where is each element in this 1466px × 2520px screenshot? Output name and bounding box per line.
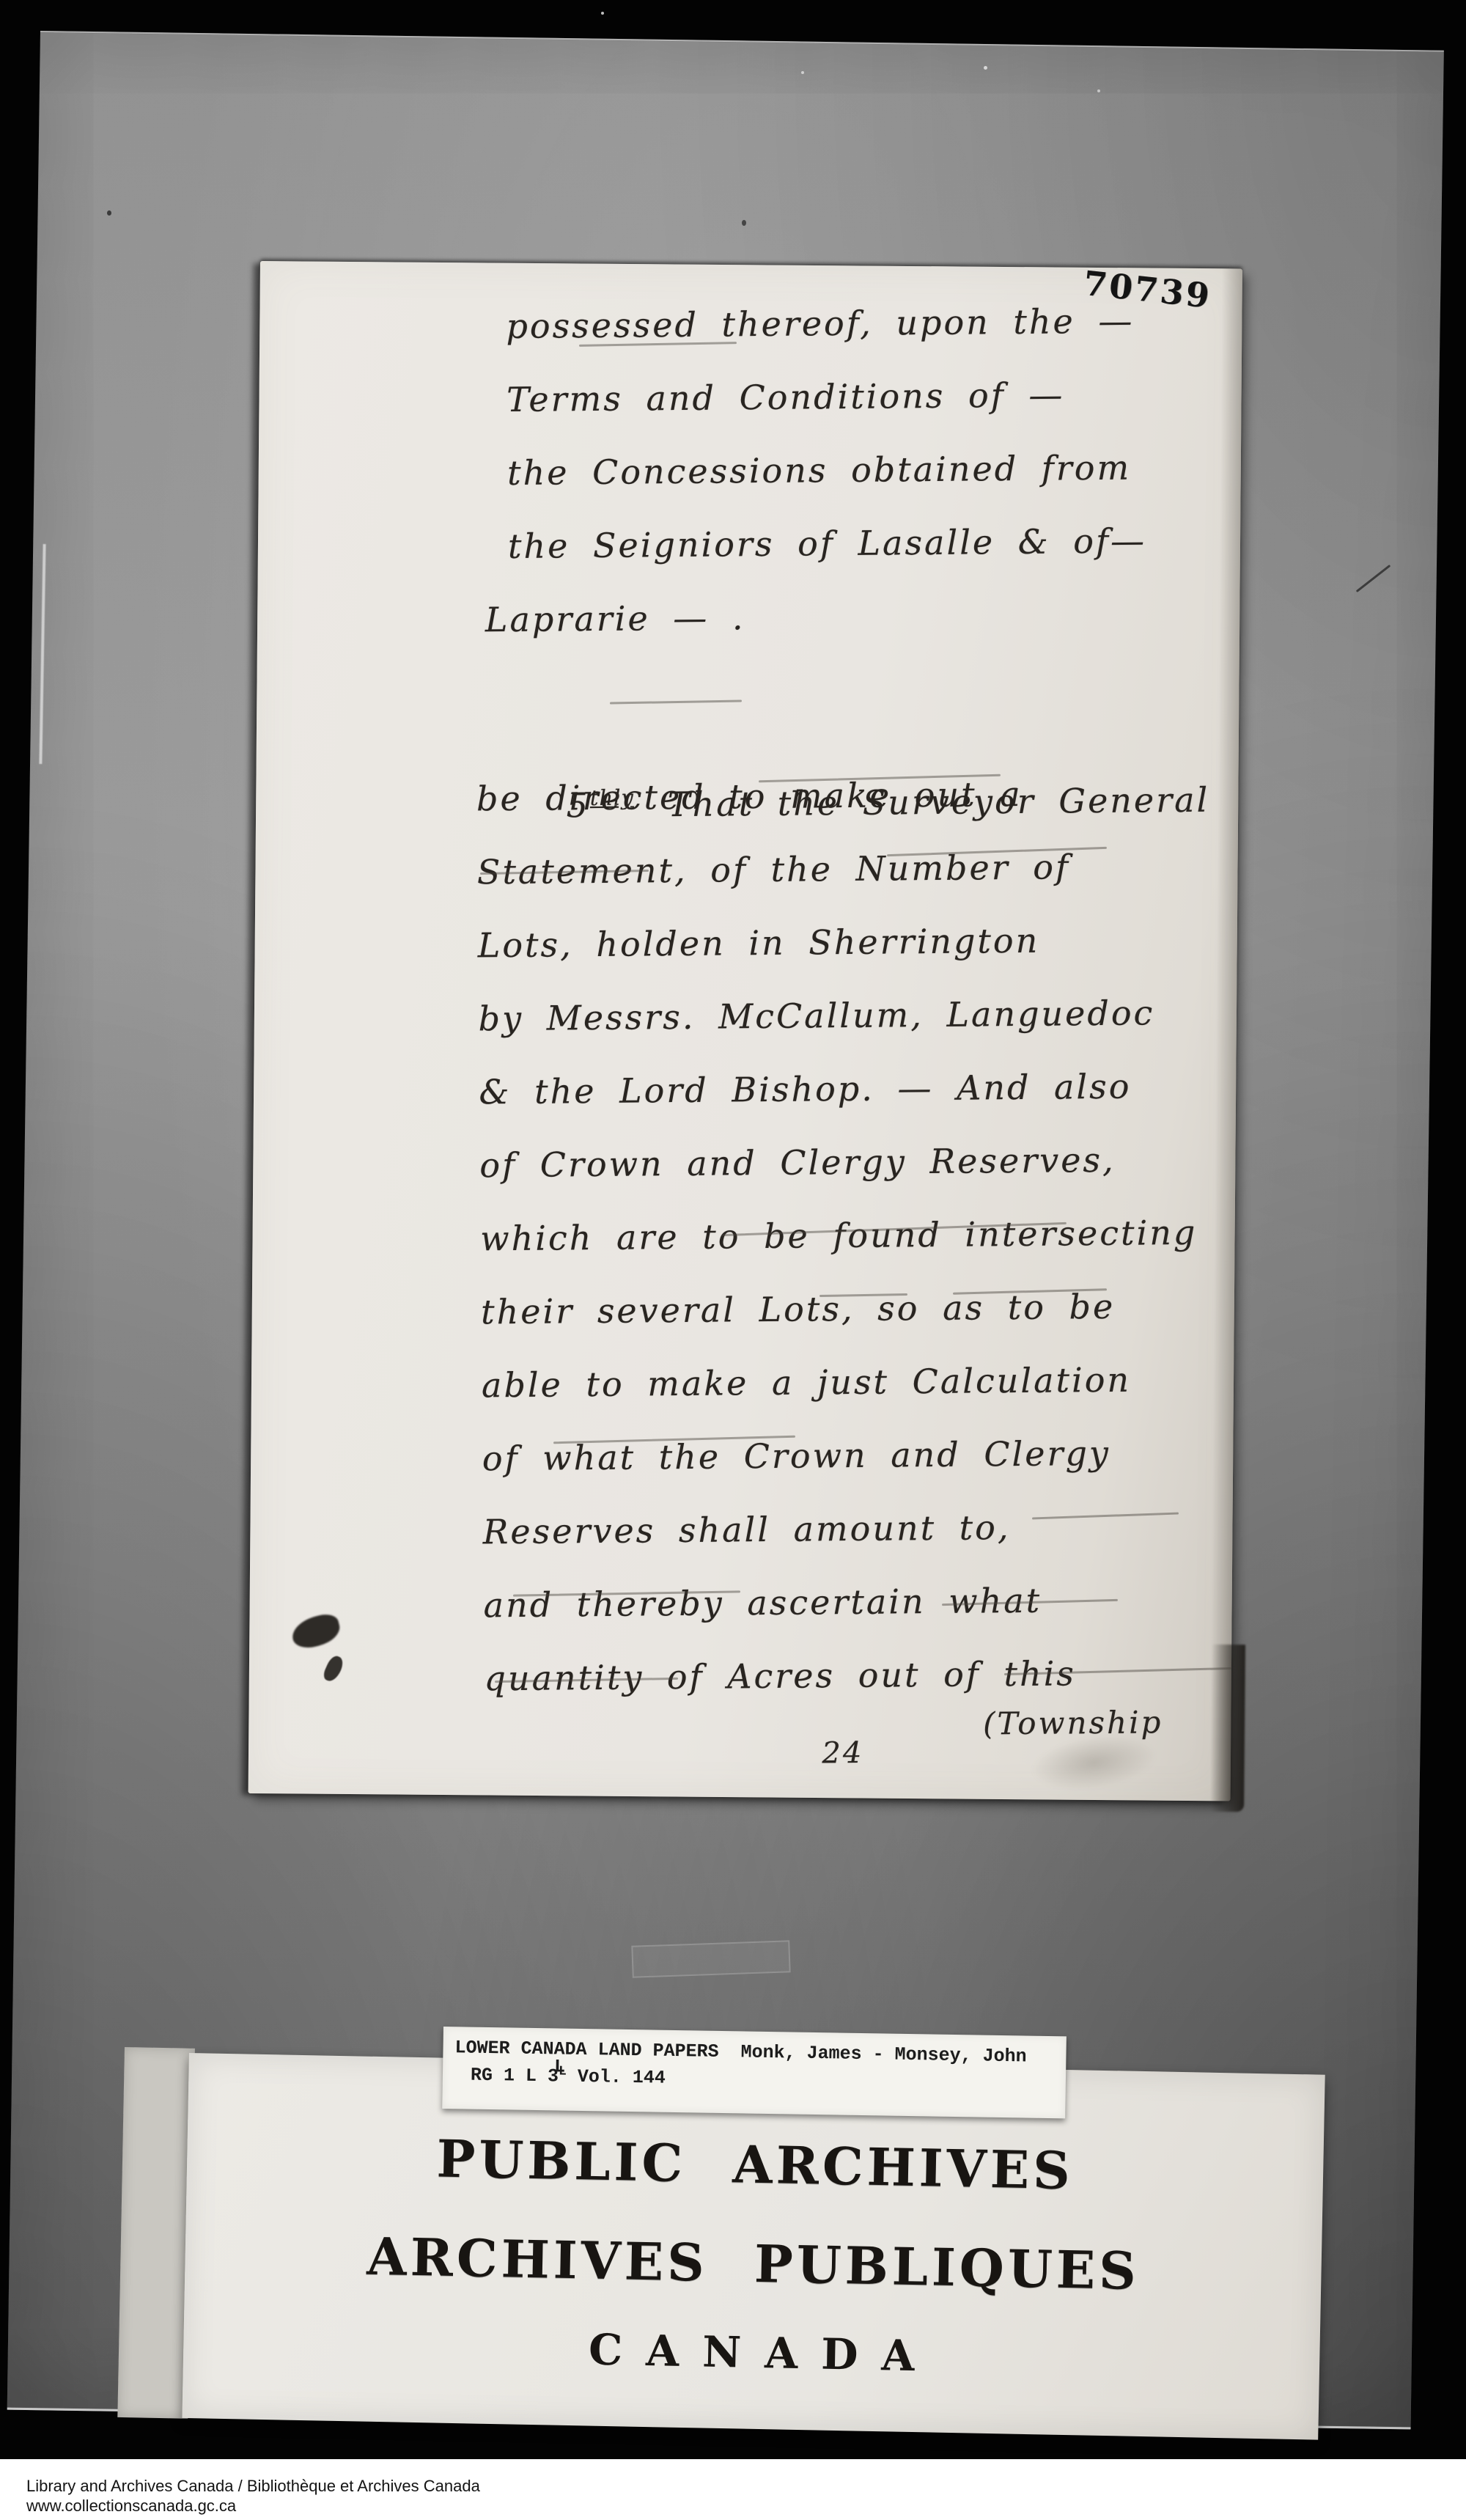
lac-watermark-url: www.collectionscanada.gc.ca — [26, 2497, 236, 2516]
label-ref-prefix: RG 1 L 3 — [471, 2065, 559, 2087]
dust-speck — [984, 66, 987, 70]
manuscript-line: of Crown and Clergy Reserves, — [265, 1122, 1250, 1204]
manuscript-line: of what the Crown and Clergy — [268, 1415, 1252, 1497]
manuscript-line: able to make a just Calculation — [268, 1342, 1252, 1424]
manuscript-text: possessed thereof, upon the — Terms and … — [258, 283, 1255, 1846]
manuscript-line: the Concessions obtained from — [259, 430, 1244, 512]
label-ref-suffix: Vol. 144 — [567, 2066, 666, 2089]
lac-watermark-line: Library and Archives Canada / Bibliothèq… — [26, 2477, 480, 2496]
manuscript-line: Statement, of the Number of — [262, 829, 1247, 911]
manuscript-line: by Messrs. McCallum, Languedoc — [264, 975, 1248, 1057]
label-title-line: LOWER CANADA LAND PAPERS Monk, James - M… — [454, 2037, 1054, 2068]
catchword: (Township — [983, 1704, 1163, 1741]
typed-label: LOWER CANADA LAND PAPERS Monk, James - M… — [442, 2027, 1067, 2118]
manuscript-line: their several Lots, so as to be — [267, 1268, 1251, 1351]
placard-line-canada: CANADA — [183, 2317, 1320, 2389]
page-number: 24 — [822, 1736, 863, 1770]
manuscript-line: Lots, holden in Sherrington — [263, 902, 1248, 984]
manuscript-line: Reserves shall amount to, — [268, 1488, 1253, 1571]
manuscript-line: which are to be found intersecting — [266, 1195, 1250, 1277]
manuscript-line: Laprarie — . — [260, 576, 1245, 658]
stray-typed-character: L — [554, 2056, 565, 2077]
tape-mark — [631, 1940, 790, 1978]
dark-speck — [742, 220, 746, 226]
dust-speck — [801, 71, 804, 74]
dark-speck — [107, 210, 111, 216]
manuscript-line: the Seigniors of Lasalle & of— — [260, 503, 1245, 585]
placard-line-french: ARCHIVES PUBLIQUES — [185, 2222, 1322, 2305]
archival-scan: { "photo": { "stamp_number": "70739", "m… — [0, 0, 1466, 2520]
manuscript-line: Terms and Conditions of — — [259, 356, 1243, 438]
dust-speck — [1097, 89, 1100, 92]
dust-speck — [601, 12, 604, 15]
manuscript-line: & the Lord Bishop. — And also — [265, 1048, 1249, 1131]
manuscript-item-5: 5thlyThat the Surveyor General — [262, 682, 1246, 764]
manuscript-line: and thereby ascertain what — [269, 1562, 1253, 1644]
footer-watermark-strip: Library and Archives Canada / Bibliothèq… — [0, 2459, 1466, 2520]
